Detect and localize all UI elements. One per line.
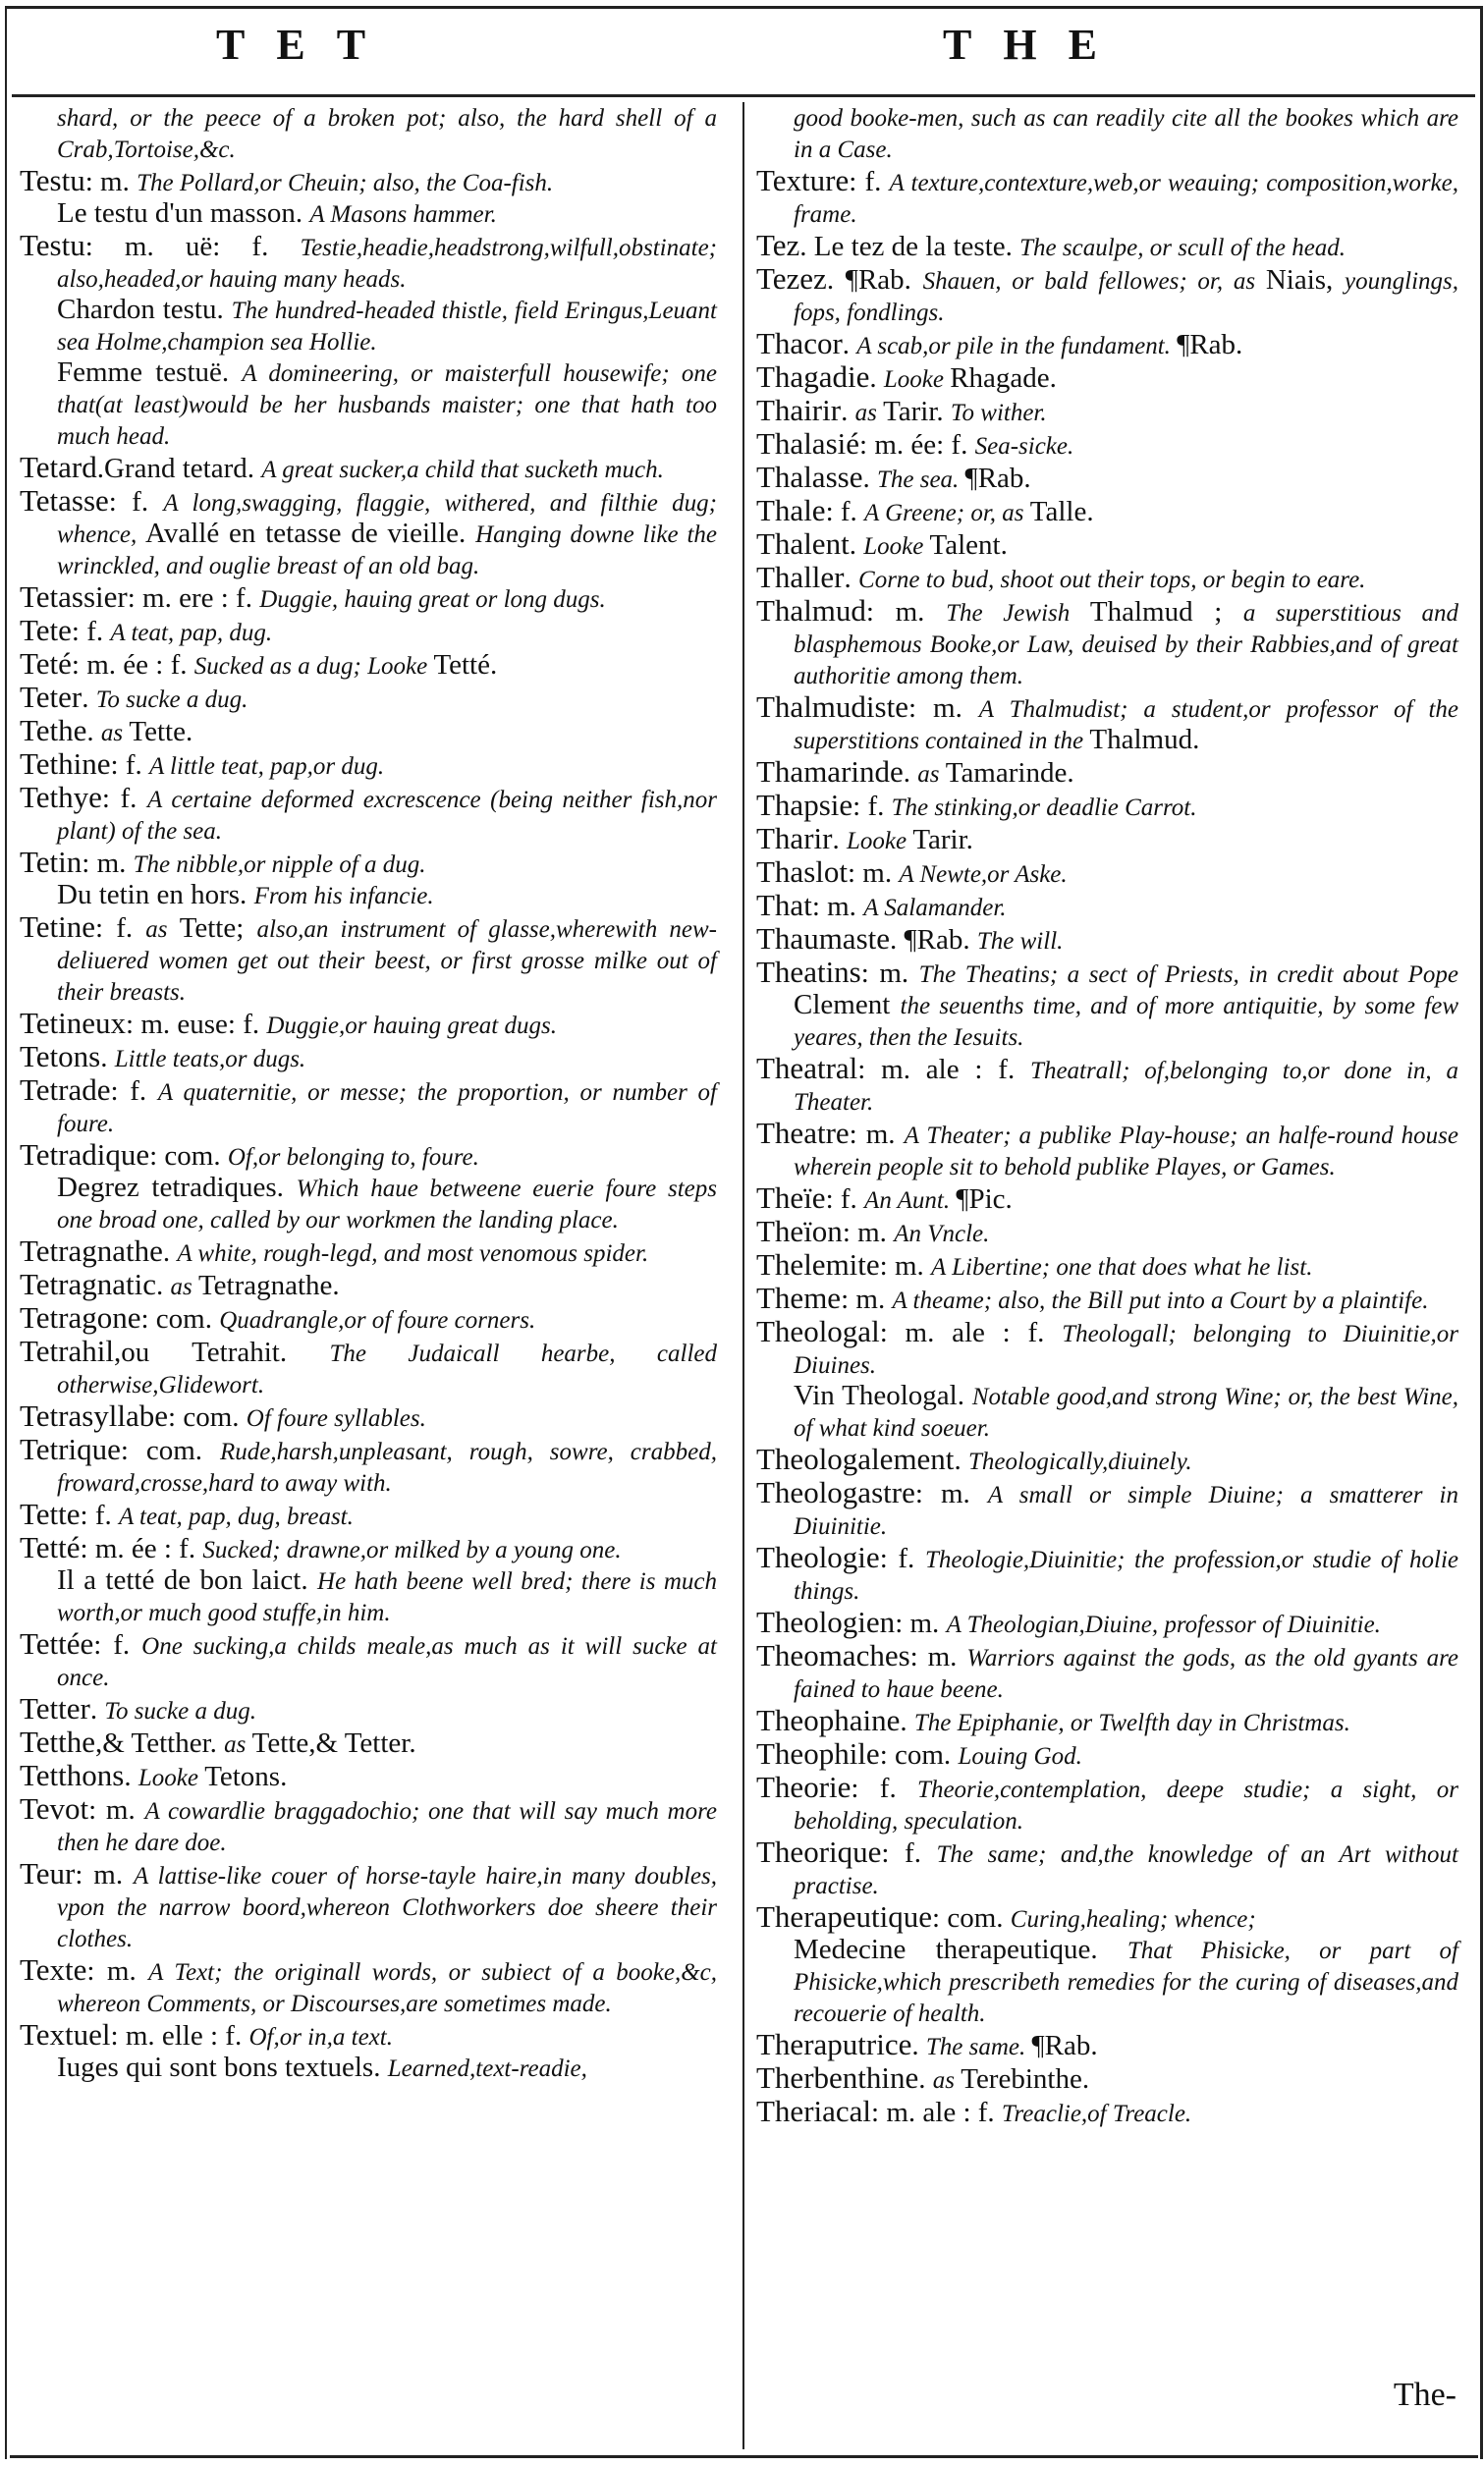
roman-text: Tetté. bbox=[433, 649, 497, 681]
roman-text: ¶Rab. bbox=[965, 463, 1031, 494]
definition-text: as bbox=[224, 1731, 251, 1758]
roman-text: . bbox=[850, 529, 864, 561]
roman-text: : m. bbox=[880, 1250, 931, 1282]
definition-text: The will. bbox=[977, 928, 1064, 955]
roman-text: Il a tetté de bon laict. bbox=[57, 1564, 317, 1596]
headword: Theophile bbox=[756, 1736, 880, 1771]
roman-text: : m. ée : f. bbox=[72, 649, 194, 681]
running-head-left: TET bbox=[216, 20, 397, 70]
headword: Tetrique bbox=[20, 1432, 121, 1466]
definition-text: Looke bbox=[884, 366, 950, 393]
roman-text: : f. bbox=[880, 1543, 925, 1574]
roman-text: Vin Theologal. bbox=[794, 1380, 972, 1411]
dictionary-entry: Theologastre: m. A small or simple Diuin… bbox=[756, 1477, 1458, 1542]
roman-text: : f. bbox=[93, 1629, 141, 1661]
roman-text: : m. bbox=[82, 848, 133, 879]
dictionary-entry: Tetrahil,ou Tetrahit. The Judaicall hear… bbox=[20, 1336, 717, 1400]
definition-text: The stinking,or deadlie Carrot. bbox=[892, 795, 1197, 821]
roman-text: : f. bbox=[111, 749, 149, 781]
headword: Tetassier bbox=[20, 579, 128, 614]
left-column: shard, or the peece of a broken pot; als… bbox=[20, 102, 717, 2084]
dictionary-entry: Tetard.Grand tetard. A great sucker,a ch… bbox=[20, 452, 717, 485]
dictionary-entry: Tete: f. A teat, pap, dug. bbox=[20, 615, 717, 648]
headword: Tetrade bbox=[20, 1072, 111, 1107]
dictionary-entry: Tetrasyllabe: com. Of foure syllables. bbox=[20, 1400, 717, 1434]
roman-text: Niais, bbox=[1266, 264, 1345, 296]
headword: Texture bbox=[756, 163, 849, 197]
roman-text: . bbox=[954, 1445, 968, 1476]
dictionary-entry: Tharir. Looke Tarir. bbox=[756, 823, 1458, 856]
dictionary-entry: Thalmud: m. The Jewish Thalmud ; a super… bbox=[756, 595, 1458, 691]
sub-entry: Le testu d'un masson. A Masons hammer. bbox=[20, 198, 717, 230]
footer-rule bbox=[10, 2455, 1478, 2458]
definition-text: as bbox=[101, 720, 129, 746]
sub-entry: Chardon testu. The hundred-headed thistl… bbox=[20, 295, 717, 357]
definition-text: as bbox=[933, 2067, 961, 2094]
definition-text: A cowardlie braggadochio; one that will … bbox=[57, 1798, 717, 1856]
dictionary-entry: Thelemite: m. A Libertine; one that does… bbox=[756, 1249, 1458, 1283]
definition-text: The same. bbox=[926, 2034, 1032, 2060]
dictionary-entry: Tetrade: f. A quaternitie, or messe; the… bbox=[20, 1074, 717, 1139]
headword: Tetin bbox=[20, 845, 82, 879]
roman-text: : f. bbox=[849, 166, 889, 197]
dictionary-entry: Testu: m. uë: f. Testie,headie,headstron… bbox=[20, 230, 717, 295]
dictionary-entry: Theatins: m. The Theatins; a sect of Pri… bbox=[756, 957, 1458, 1053]
definition-text: A Theologian,Diuine, professor of Diuini… bbox=[947, 1612, 1381, 1638]
roman-text: : m. bbox=[850, 1119, 905, 1150]
dictionary-entry: Tetragone: com. Quadrangle,or of foure c… bbox=[20, 1302, 717, 1336]
roman-text: : m. bbox=[812, 891, 863, 922]
roman-text: Terebinthe. bbox=[961, 2063, 1089, 2095]
definition-text: as bbox=[145, 916, 179, 943]
roman-text: ,& Tetther. bbox=[95, 1727, 224, 1759]
roman-text: Thalmud. bbox=[1089, 724, 1199, 755]
headword: Testu bbox=[20, 163, 85, 197]
definition-text: The Theatins; a sect of Priests, in cred… bbox=[919, 961, 1458, 988]
page-header: TET THE bbox=[0, 0, 1484, 98]
roman-text: : m. bbox=[88, 1794, 144, 1826]
headword: Theologalement bbox=[756, 1442, 954, 1476]
definition-text: The sea. bbox=[877, 466, 965, 493]
roman-text: : com. bbox=[121, 1435, 220, 1466]
dictionary-entry: Thalmudiste: m. A Thalmudist; a student,… bbox=[756, 691, 1458, 756]
dictionary-entry: Tetthons. Looke Tetons. bbox=[20, 1760, 717, 1793]
headword: Tezez bbox=[756, 261, 827, 296]
roman-text: : m. bbox=[86, 1955, 148, 1987]
headword: Thaumaste bbox=[756, 921, 890, 956]
headword: That bbox=[756, 888, 812, 922]
headword: Textuel bbox=[20, 2017, 111, 2052]
headword: Thaslot bbox=[756, 854, 848, 889]
definition-text: A texture,contexture,web,or weauing; com… bbox=[794, 170, 1458, 228]
dictionary-entry: Thacor. A scab,or pile in the fundament.… bbox=[756, 328, 1458, 361]
headword: Tetrasyllabe bbox=[20, 1398, 168, 1433]
headword: Thairir bbox=[756, 393, 841, 427]
roman-text: : m. ée: f. bbox=[859, 429, 975, 461]
dictionary-entry: Thalasse. The sea. ¶Rab. bbox=[756, 462, 1458, 495]
sub-entry: Iuges qui sont bons textuels. Learned,te… bbox=[20, 2053, 717, 2084]
roman-text: : f. bbox=[826, 1183, 864, 1215]
dictionary-entry: Theophaine. The Epiphanie, or Twelfth da… bbox=[756, 1705, 1458, 1738]
dictionary-entry: Tetragnathe. A white, rough-legd, and mo… bbox=[20, 1235, 717, 1269]
roman-text: : m. uë: f. bbox=[85, 231, 301, 262]
headword: Theatre bbox=[756, 1116, 850, 1150]
roman-text: Tette; bbox=[180, 912, 257, 944]
roman-text: . bbox=[845, 563, 859, 594]
definition-text: Shauen, or bald fellowes; or, as bbox=[923, 268, 1266, 295]
dictionary-entry: Tetté: m. ée : f. Sucked; drawne,or milk… bbox=[20, 1532, 717, 1565]
roman-text: : m. ale : f. bbox=[880, 1317, 1063, 1348]
headword: Tete bbox=[20, 613, 72, 647]
dictionary-entry: Tetthe,& Tetther. as Tette,& Tetter. bbox=[20, 1726, 717, 1760]
headword: Thacor bbox=[756, 326, 843, 360]
headword: Tethine bbox=[20, 746, 111, 781]
roman-text: : f. bbox=[102, 783, 147, 814]
running-head-right: THE bbox=[943, 20, 1128, 70]
dictionary-entry: Teter. To sucke a dug. bbox=[20, 682, 717, 715]
roman-text: : f. bbox=[852, 791, 891, 822]
headword: Thalent bbox=[756, 526, 850, 561]
headword: Thalmud bbox=[756, 593, 866, 628]
headword: Theïon bbox=[756, 1214, 843, 1248]
dictionary-entry: Tetineux: m. euse: f. Duggie,or hauing g… bbox=[20, 1008, 717, 1041]
roman-text: . bbox=[843, 329, 857, 360]
roman-text: : com. bbox=[141, 1303, 220, 1335]
roman-text: : m. euse: f. bbox=[126, 1009, 266, 1040]
definition-text: Treaclie,of Treacle. bbox=[1002, 2101, 1191, 2127]
dictionary-entry: Texte: m. A Text; the originall words, o… bbox=[20, 1954, 717, 2019]
roman-text: : m. bbox=[848, 857, 899, 889]
roman-text: . bbox=[124, 1761, 138, 1792]
roman-text: Femme testuë. bbox=[57, 356, 242, 388]
dictionary-entry: Teur: m. A lattise-like couer of horse-t… bbox=[20, 1858, 717, 1954]
headword: Theologastre bbox=[756, 1475, 915, 1509]
dictionary-entry: Tethe. as Tette. bbox=[20, 715, 717, 748]
dictionary-entry: Theologalement. Theologically,diuinely. bbox=[756, 1444, 1458, 1477]
dictionary-entry: Theologal: m. ale : f. Theologall; belon… bbox=[756, 1316, 1458, 1381]
headword: Thaller bbox=[756, 560, 845, 594]
roman-text: : m. ere : f. bbox=[128, 582, 259, 614]
sub-entry: Il a tetté de bon laict. He hath beene w… bbox=[20, 1565, 717, 1628]
definition-text: To wither. bbox=[951, 400, 1047, 426]
definition-text: Theologically,diuinely. bbox=[968, 1449, 1192, 1475]
definition-text: A Text; the originall words, or subiect … bbox=[57, 1959, 717, 2017]
roman-text: .Grand tetard. bbox=[97, 453, 262, 484]
definition-text: good booke-men, such as can readily cite… bbox=[794, 105, 1458, 163]
roman-text: : m. ée : f. bbox=[81, 1533, 203, 1564]
headword: Theatins bbox=[756, 955, 861, 989]
definition-text: A little teat, pap,or dug. bbox=[149, 753, 384, 780]
headword: Teter bbox=[20, 680, 82, 714]
roman-text: : m. bbox=[75, 1859, 134, 1891]
headword: Tethe bbox=[20, 713, 86, 747]
roman-text: : com. bbox=[149, 1140, 228, 1172]
dictionary-entry: Tethye: f. A certaine deformed excrescen… bbox=[20, 782, 717, 847]
definition-text: To sucke a dug. bbox=[96, 686, 248, 713]
dictionary-entry: Theologie: f. Theologie,Diuinitie; the p… bbox=[756, 1542, 1458, 1607]
roman-text: . ¶Rab. bbox=[890, 924, 977, 956]
definition-text: The scaulpe, or scull of the head. bbox=[1019, 235, 1346, 261]
definition-text: Learned,text-readie, bbox=[388, 2055, 587, 2082]
header-rule bbox=[12, 94, 1475, 97]
definition-text: To sucke a dug. bbox=[104, 1698, 256, 1725]
roman-text: Rhagade. bbox=[950, 362, 1057, 394]
roman-text: . ¶Rab. bbox=[827, 264, 923, 296]
dictionary-entry: Tetons. Little teats,or dugs. bbox=[20, 1041, 717, 1074]
roman-text: : m. bbox=[895, 1608, 946, 1639]
roman-text: : f. bbox=[95, 912, 145, 944]
roman-text: Tette,& Tetter. bbox=[252, 1727, 416, 1759]
headword: Tetragone bbox=[20, 1300, 141, 1335]
definition-text: A certaine deformed excrescence (being n… bbox=[57, 787, 717, 845]
definition-text: A teat, pap, dug. bbox=[110, 620, 272, 646]
roman-text: : m. bbox=[866, 596, 946, 628]
definition-text: as bbox=[855, 400, 883, 426]
roman-text: : f. bbox=[881, 1837, 936, 1869]
definition-text: The Epiphanie, or Twelfth day in Christm… bbox=[914, 1710, 1350, 1736]
dictionary-entry: Thaller. Corne to bud, shoot out their t… bbox=[756, 562, 1458, 595]
headword: Testu bbox=[20, 228, 85, 262]
roman-text: Talent. bbox=[930, 529, 1008, 561]
column-divider bbox=[742, 102, 744, 2449]
roman-text: . bbox=[862, 463, 877, 494]
definition-text: as bbox=[917, 761, 945, 788]
definition-text: A theame; also, the Bill put into a Cour… bbox=[892, 1288, 1428, 1314]
definition-text: An Vncle. bbox=[894, 1221, 989, 1247]
headword: Tevot bbox=[20, 1791, 88, 1826]
sub-entry: Du tetin en hors. From his infancie. bbox=[20, 880, 717, 911]
roman-text: : m. bbox=[85, 166, 137, 197]
headword: Theologie bbox=[756, 1540, 880, 1574]
headword: Theomaches bbox=[756, 1638, 910, 1672]
dictionary-entry: Theraputrice. The same. ¶Rab. bbox=[756, 2029, 1458, 2062]
dictionary-entry: Teté: m. ée : f. Sucked as a dug; Looke … bbox=[20, 648, 717, 682]
definition-text: A Newte,or Aske. bbox=[899, 861, 1067, 888]
roman-text: . bbox=[100, 1042, 115, 1073]
dictionary-entry: Therapeutique: com. Curing,healing; when… bbox=[756, 1901, 1458, 1935]
roman-text: : f. bbox=[851, 1773, 917, 1804]
dictionary-entry: Thale: f. A Greene; or, as Talle. bbox=[756, 495, 1458, 528]
roman-text: : com. bbox=[168, 1401, 247, 1433]
dictionary-entry: Thaumaste. ¶Rab. The will. bbox=[756, 923, 1458, 957]
dictionary-entry: Theriacal: m. ale : f. Treaclie,of Treac… bbox=[756, 2096, 1458, 2129]
dictionary-entry: Thapsie: f. The stinking,or deadlie Carr… bbox=[756, 790, 1458, 823]
dictionary-entry: Theatral: m. ale : f. Theatrall; of,belo… bbox=[756, 1053, 1458, 1118]
dictionary-entry: That: m. A Salamander. bbox=[756, 890, 1458, 923]
definition-text: Looke bbox=[138, 1765, 204, 1791]
roman-text: ¶Rab. bbox=[1177, 329, 1242, 360]
headword: Tetine bbox=[20, 909, 95, 944]
definition-text: Duggie, hauing great or long dugs. bbox=[259, 586, 606, 613]
roman-text: Tamarinde. bbox=[946, 757, 1074, 789]
headword: Theologal bbox=[756, 1314, 880, 1348]
definition-text: The Jewish bbox=[946, 600, 1090, 627]
definition-text: A Libertine; one that does what he list. bbox=[931, 1254, 1312, 1281]
definition-text: The Pollard,or Cheuin; also, the Coa-fis… bbox=[137, 170, 553, 196]
definition-text: Sucked; drawne,or milked by a young one. bbox=[202, 1537, 621, 1563]
roman-text: . bbox=[86, 716, 101, 747]
headword: Thamarinde bbox=[756, 754, 904, 789]
catchword: The- bbox=[1394, 2377, 1457, 2414]
roman-text: : com. bbox=[932, 1902, 1011, 1934]
dictionary-entry: Tevot: m. A cowardlie braggadochio; one … bbox=[20, 1793, 717, 1858]
dictionary-entry: Thaslot: m. A Newte,or Aske. bbox=[756, 856, 1458, 890]
headword: Tette bbox=[20, 1497, 81, 1531]
headword: Tetthons bbox=[20, 1758, 124, 1792]
sub-entry: Degrez tetradiques. Which haue betweene … bbox=[20, 1173, 717, 1235]
dictionary-entry: Thagadie. Looke Rhagade. bbox=[756, 361, 1458, 395]
headword: Theophaine bbox=[756, 1703, 900, 1737]
roman-text: : m. bbox=[908, 692, 979, 724]
roman-text: Tette. bbox=[129, 716, 192, 747]
headword: Tetthe bbox=[20, 1725, 95, 1759]
dictionary-entry: Tette: f. A teat, pap, dug, breast. bbox=[20, 1499, 717, 1532]
dictionary-entry: Theomaches: m. Warriors against the gods… bbox=[756, 1640, 1458, 1705]
roman-text: . bbox=[90, 1694, 105, 1726]
roman-text: Iuges qui sont bons textuels. bbox=[57, 2052, 388, 2083]
headword: Theorie bbox=[756, 1770, 851, 1804]
dictionary-entry: Tethine: f. A little teat, pap,or dug. bbox=[20, 748, 717, 782]
sub-entry: Femme testuë. A domineering, or maisterf… bbox=[20, 357, 717, 452]
headword: Therbenthine bbox=[756, 2060, 918, 2095]
roman-text: Le testu d'un masson. bbox=[57, 197, 309, 229]
roman-text: : m. elle : f. bbox=[111, 2020, 249, 2052]
roman-text: Clement bbox=[794, 989, 901, 1020]
roman-text: . bbox=[832, 824, 847, 855]
definition-text: Of,or in,a text. bbox=[248, 2024, 393, 2051]
headword: Theriacal bbox=[756, 2094, 871, 2128]
roman-text: : f. bbox=[81, 1500, 119, 1531]
dictionary-entry: Theophile: com. Louing God. bbox=[756, 1738, 1458, 1772]
dictionary-entry: Tettée: f. One sucking,a childs meale,as… bbox=[20, 1628, 717, 1693]
headword: Texte bbox=[20, 1952, 86, 1987]
dictionary-entry: Thalasié: m. ée: f. Sea-sicke. bbox=[756, 428, 1458, 462]
roman-text: : m. bbox=[841, 1284, 892, 1315]
headword: Theorique bbox=[756, 1835, 881, 1869]
dictionary-entry: Tetragnatic. as Tetragnathe. bbox=[20, 1269, 717, 1302]
definition-text: A teat, pap, dug, breast. bbox=[119, 1504, 354, 1530]
roman-text: : com. bbox=[880, 1739, 959, 1771]
roman-text: Thalmud ; bbox=[1090, 596, 1243, 628]
roman-text: Tetragnathe. bbox=[198, 1270, 340, 1301]
headword: Tetons bbox=[20, 1039, 100, 1073]
sub-entry: Medecine therapeutique. That Phisicke, o… bbox=[756, 1935, 1458, 2029]
dictionary-entry: Tetassier: m. ere : f. Duggie, hauing gr… bbox=[20, 581, 717, 615]
headword: Tetasse bbox=[20, 483, 109, 518]
headword: Tetragnathe bbox=[20, 1233, 163, 1268]
roman-text: . Le tez de la teste. bbox=[799, 231, 1019, 262]
headword: Thalasié bbox=[756, 426, 859, 461]
headword: Theologien bbox=[756, 1605, 895, 1639]
headword: Theraputrice bbox=[756, 2027, 911, 2061]
definition-text: A Masons hammer. bbox=[309, 201, 497, 228]
dictionary-entry: Theïon: m. An Vncle. bbox=[756, 1216, 1458, 1249]
headword: Tetrahil bbox=[20, 1334, 114, 1368]
dictionary-entry: Tez. Le tez de la teste. The scaulpe, or… bbox=[756, 230, 1458, 263]
headword: Theïe bbox=[756, 1180, 826, 1215]
dictionary-entry: Theatre: m. A Theater; a publike Play-ho… bbox=[756, 1118, 1458, 1182]
roman-text: Medecine therapeutique. bbox=[794, 1934, 1127, 1965]
roman-text: Tarir. bbox=[912, 824, 973, 855]
dictionary-entry: shard, or the peece of a broken pot; als… bbox=[20, 102, 717, 165]
roman-text: Tetons. bbox=[204, 1761, 287, 1792]
roman-text: : m. bbox=[861, 958, 919, 989]
roman-text: : m. bbox=[915, 1478, 988, 1509]
dictionary-entry: Tetrique: com. Rude,harsh,unpleasant, ro… bbox=[20, 1434, 717, 1499]
definition-text: Curing,healing; whence; bbox=[1011, 1906, 1256, 1933]
headword: Tetradique bbox=[20, 1137, 149, 1172]
definition-text: A Salamander. bbox=[863, 895, 1006, 921]
dictionary-entry: Theme: m. A theame; also, the Bill put i… bbox=[756, 1283, 1458, 1316]
dictionary-entry: Tetasse: f. A long,swagging, flaggie, wi… bbox=[20, 485, 717, 581]
headword: Tetineux bbox=[20, 1006, 126, 1040]
roman-text: : m. ale : f. bbox=[871, 2097, 1002, 2128]
roman-text: . bbox=[900, 1706, 914, 1737]
headword: Theme bbox=[756, 1281, 841, 1315]
definition-text: A white, rough-legd, and most venomous s… bbox=[177, 1240, 648, 1267]
dictionary-entry: Tezez. ¶Rab. Shauen, or bald fellowes; o… bbox=[756, 263, 1458, 328]
definition-text: Duggie,or hauing great dugs. bbox=[266, 1013, 557, 1039]
definition-text: From his infancie. bbox=[254, 883, 434, 909]
definition-text: Looke bbox=[847, 828, 912, 854]
headword: Tez bbox=[756, 228, 799, 262]
definition-text: An Aunt. bbox=[864, 1187, 956, 1214]
dictionary-entry: Theorique: f. The same; and,the knowledg… bbox=[756, 1836, 1458, 1901]
definition-text: Louing God. bbox=[958, 1743, 1081, 1770]
definition-text: Sucked as a dug; Looke bbox=[194, 653, 434, 680]
dictionary-entry: Thairir. as Tarir. To wither. bbox=[756, 395, 1458, 428]
headword: Theatral bbox=[756, 1051, 857, 1085]
definition-text: shard, or the peece of a broken pot; als… bbox=[57, 105, 717, 163]
roman-text: ,ou Tetrahit. bbox=[114, 1337, 330, 1368]
roman-text: : f. bbox=[826, 496, 864, 527]
headword: Thelemite bbox=[756, 1247, 880, 1282]
dictionary-entry: Tetine: f. as Tette; also,an instrument … bbox=[20, 911, 717, 1008]
roman-text: Avallé en tetasse de vieille. bbox=[145, 518, 475, 549]
definition-text: The nibble,or nipple of a dug. bbox=[134, 851, 426, 878]
sub-entry: Vin Theologal. Notable good,and strong W… bbox=[756, 1381, 1458, 1444]
definition-text: A scab,or pile in the fundament. bbox=[856, 333, 1177, 359]
dictionary-entry: good booke-men, such as can readily cite… bbox=[756, 102, 1458, 165]
headword: Tetté bbox=[20, 1530, 81, 1564]
dictionary-entry: Thamarinde. as Tamarinde. bbox=[756, 756, 1458, 790]
definition-text: A Greene; or, as bbox=[864, 500, 1030, 526]
roman-text: Degrez tetradiques. bbox=[57, 1172, 297, 1203]
definition-text: Looke bbox=[863, 533, 929, 560]
headword: Tethye bbox=[20, 780, 102, 814]
roman-text: ¶Pic. bbox=[956, 1183, 1012, 1215]
headword: Thagadie bbox=[756, 359, 869, 394]
dictionary-entry: Theorie: f. Theorie,contemplation, deepe… bbox=[756, 1772, 1458, 1836]
dictionary-entry: Theologien: m. A Theologian,Diuine, prof… bbox=[756, 1607, 1458, 1640]
roman-text: : m. bbox=[910, 1641, 967, 1672]
roman-text: ¶Rab. bbox=[1032, 2030, 1098, 2061]
definition-text: Of foure syllables. bbox=[247, 1405, 426, 1432]
roman-text: : f. bbox=[111, 1075, 158, 1107]
definition-text: as bbox=[170, 1274, 197, 1300]
headword: Thalasse bbox=[756, 460, 862, 494]
roman-text: : m. ale : f. bbox=[857, 1054, 1030, 1085]
definition-text: A great sucker,a child that sucketh much… bbox=[261, 457, 664, 483]
dictionary-entry: Thalent. Looke Talent. bbox=[756, 528, 1458, 562]
roman-text: Chardon testu. bbox=[57, 294, 232, 325]
headword: Tetard bbox=[20, 450, 97, 484]
headword: Therapeutique bbox=[756, 1899, 932, 1934]
roman-text: . bbox=[904, 757, 918, 789]
headword: Thale bbox=[756, 493, 826, 527]
right-column: good booke-men, such as can readily cite… bbox=[756, 102, 1458, 2129]
headword: Teté bbox=[20, 646, 72, 681]
